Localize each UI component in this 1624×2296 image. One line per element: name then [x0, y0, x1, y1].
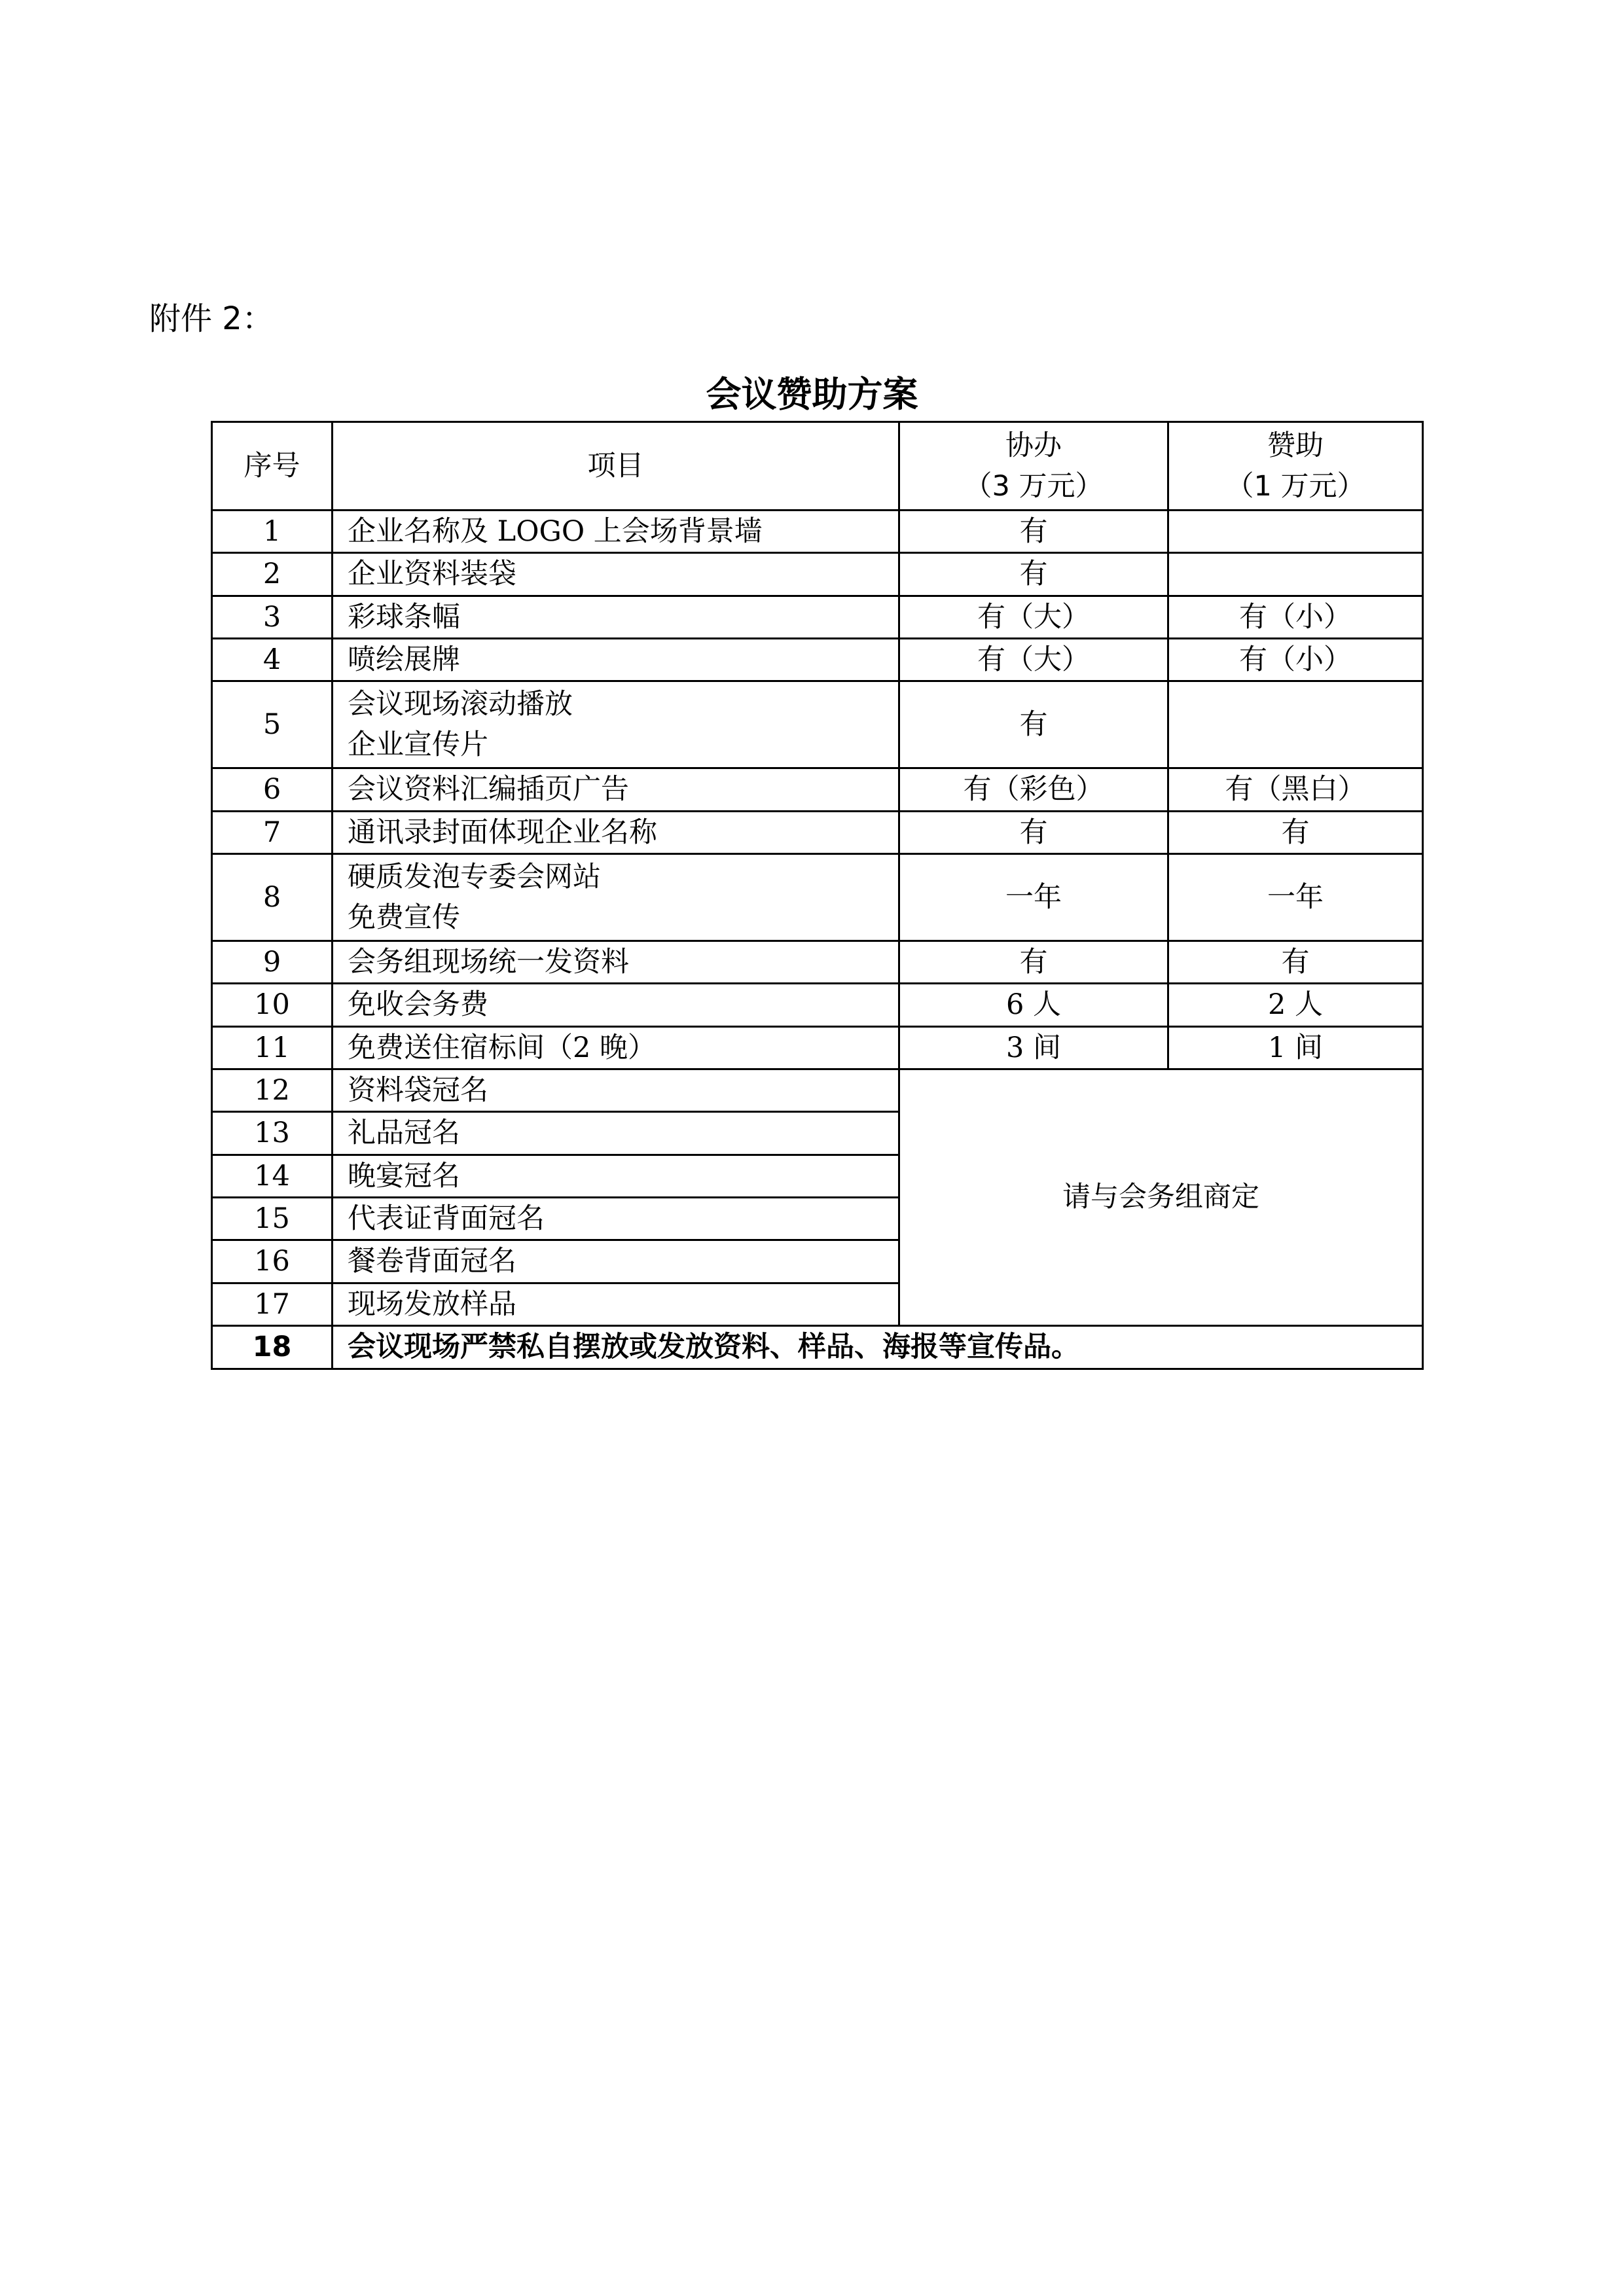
table-row: 11 免费送住宿标间（2 晚） 3 间 1 间: [212, 1026, 1423, 1069]
table-row: 7 通讯录封面体现企业名称 有 有: [212, 811, 1423, 853]
attachment-label: 附件 2：: [149, 293, 274, 338]
table-row: 3 彩球条幅 有（大） 有（小）: [212, 596, 1423, 638]
table-row: 5 会议现场滚动播放 企业宣传片 有: [212, 681, 1423, 768]
table-row: 2 企业资料装袋 有: [212, 553, 1423, 596]
table-row: 9 会务组现场统一发资料 有 有: [212, 941, 1423, 984]
header-item: 项目: [333, 422, 899, 511]
table-row: 6 会议资料汇编插页广告 有（彩色） 有（黑白）: [212, 768, 1423, 811]
header-sponsor: 赞助 （1 万元）: [1168, 422, 1423, 511]
table-header-row: 序号 项目 协办 （3 万元） 赞助 （1 万元）: [212, 422, 1423, 511]
table-row: 10 免收会务费 6 人 2 人: [212, 984, 1423, 1026]
header-no: 序号: [212, 422, 333, 511]
document-title: 会议赞助方案: [0, 367, 1624, 417]
merged-note-cell: 请与会务组商定: [899, 1069, 1423, 1326]
sponsorship-table: 序号 项目 协办 （3 万元） 赞助 （1 万元） 1 企业名称及 LOGO 上…: [211, 421, 1424, 1370]
table-row: 8 硬质发泡专委会网站 免费宣传 一年 一年: [212, 854, 1423, 941]
table-row: 4 喷绘展牌 有（大） 有（小）: [212, 639, 1423, 681]
table-row-notice: 18 会议现场严禁私自摆放或发放资料、样品、海报等宣传品。: [212, 1326, 1423, 1369]
header-co-organizer: 协办 （3 万元）: [899, 422, 1168, 511]
table-row: 1 企业名称及 LOGO 上会场背景墙 有: [212, 511, 1423, 553]
table-row: 12 资料袋冠名 请与会务组商定: [212, 1069, 1423, 1112]
